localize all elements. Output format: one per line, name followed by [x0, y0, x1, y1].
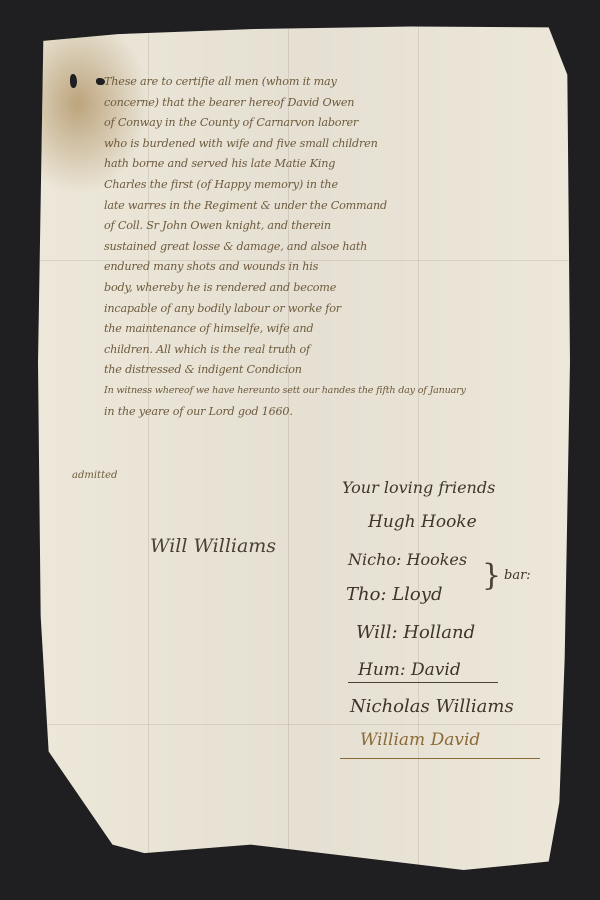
body-line: of Conway in the County of Carnarvon lab…	[104, 113, 534, 134]
underline	[340, 758, 540, 759]
body-line: children. All which is the real truth of	[104, 340, 534, 361]
body-line: in the yeare of our Lord god 1660.	[104, 402, 534, 423]
body-line: In witness whereof we have hereunto sett…	[104, 381, 534, 402]
signature: William David	[360, 730, 480, 750]
body-line: hath borne and served his late Matie Kin…	[104, 154, 534, 175]
body-line: of Coll. Sr John Owen knight, and therei…	[104, 216, 534, 237]
body-line: Charles the first (of Happy memory) in t…	[104, 175, 534, 196]
body-line: concerne) that the bearer hereof David O…	[104, 93, 534, 114]
left-signature: Will Williams	[150, 535, 276, 557]
bracket-mark: }	[482, 558, 501, 593]
body-line: who is burdened with wife and five small…	[104, 134, 534, 155]
signature: Tho: Lloyd	[346, 584, 442, 605]
body-line: the maintenance of himselfe, wife and	[104, 319, 534, 340]
body-line: the distressed & indigent Condicion	[104, 360, 534, 381]
body-line: sustained great losse & damage, and also…	[104, 237, 534, 258]
margin-note: admitted	[72, 470, 117, 481]
document-body: These are to certifie all men (whom it m…	[104, 72, 534, 422]
body-line: These are to certifie all men (whom it m…	[104, 72, 534, 93]
signature: Will: Holland	[356, 622, 475, 643]
signature: Nicholas Williams	[350, 696, 514, 717]
signature: Nicho: Hookes	[348, 550, 467, 569]
signature: Hugh Hooke	[368, 512, 477, 532]
body-line: body, whereby he is rendered and become	[104, 278, 534, 299]
body-line: incapable of any bodily labour or worke …	[104, 299, 534, 320]
closing-salutation: Your loving friends	[342, 478, 495, 497]
body-line: late warres in the Regiment & under the …	[104, 196, 534, 217]
fold-line	[38, 724, 570, 725]
bracket-note: bar:	[504, 568, 531, 583]
underline	[348, 682, 498, 683]
signature: Hum: David	[358, 660, 461, 680]
body-line: endured many shots and wounds in his	[104, 257, 534, 278]
